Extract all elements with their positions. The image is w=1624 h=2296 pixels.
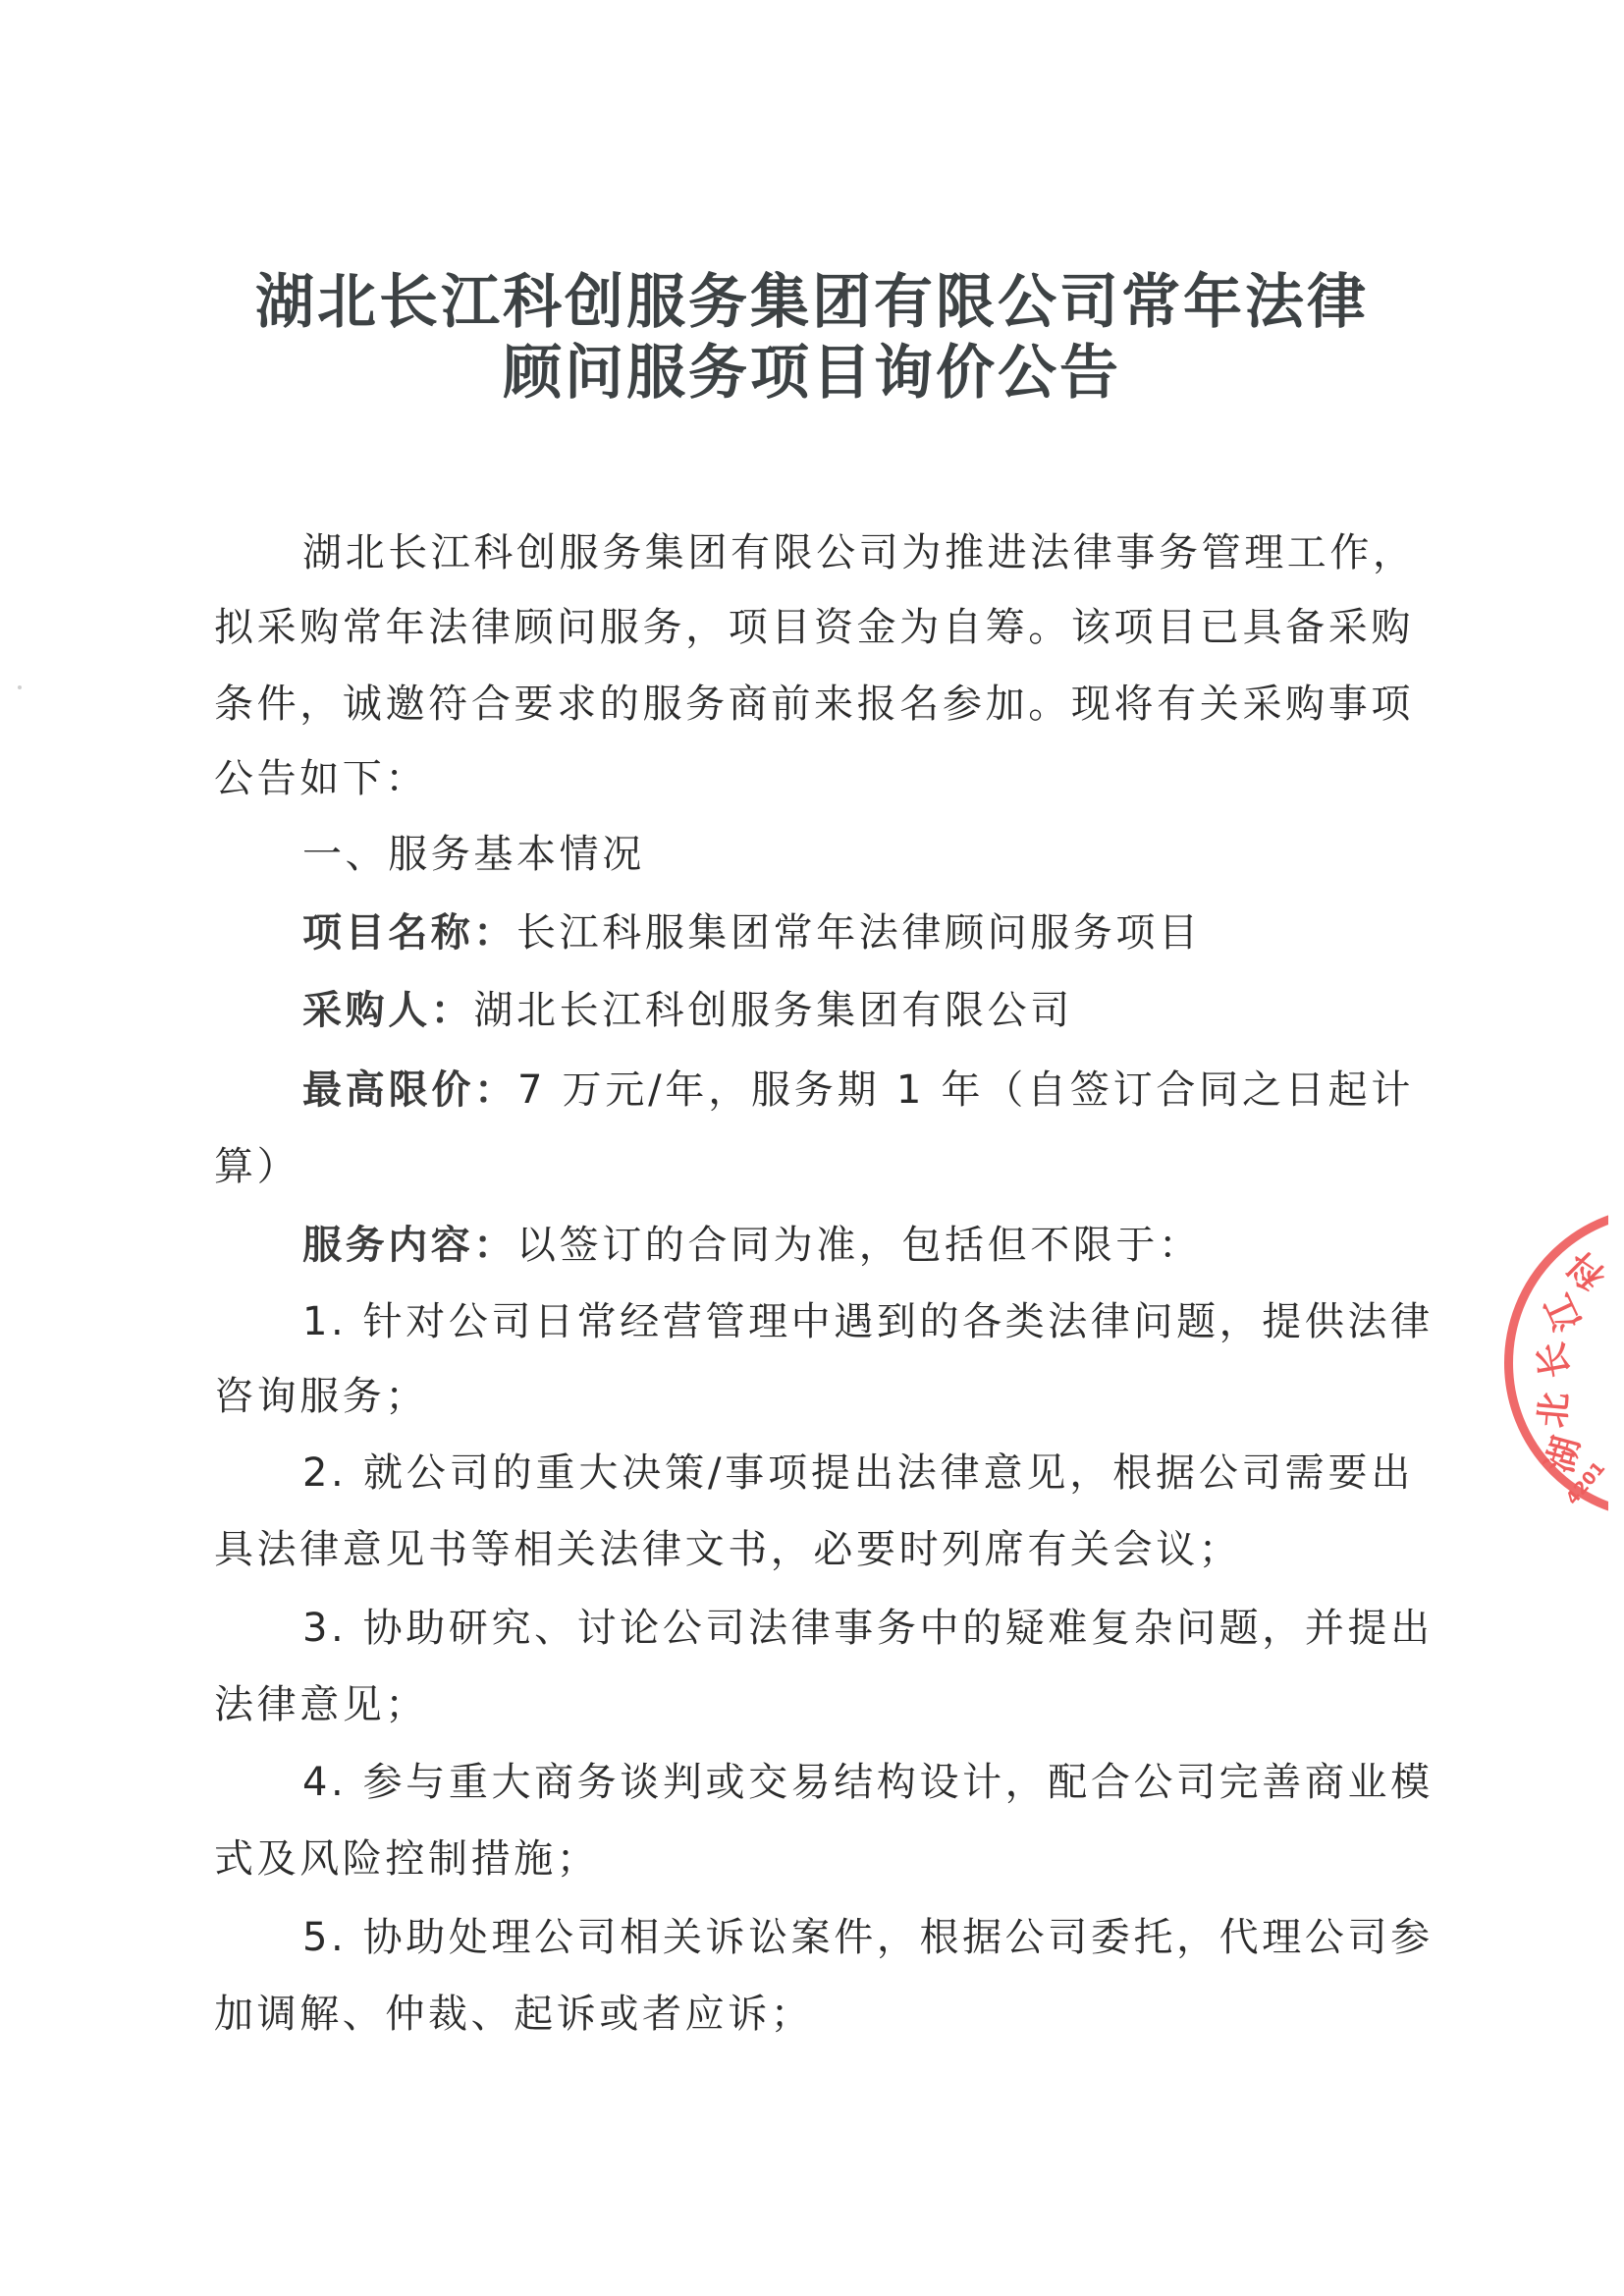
max-price-label: 最高限价： <box>302 1067 517 1113</box>
purchaser-row: 采购人：湖北长江科创服务集团有限公司 <box>302 983 1414 1038</box>
intro-line-3: 条件，诚邀符合要求的服务商前来报名参加。现将有关采购事项 <box>214 677 1414 732</box>
service-item-5-line1: 5. 协助处理公司相关诉讼案件，根据公司委托，代理公司参 <box>302 1910 1414 1965</box>
project-name-label: 项目名称： <box>302 910 516 956</box>
intro-line-4: 公告如下： <box>214 751 1414 806</box>
service-item-3-line1: 3. 协助研究、讨论公司法律事务中的疑难复杂问题，并提出 <box>302 1601 1414 1656</box>
service-content-row: 服务内容：以签订的合同为准，包括但不限于： <box>302 1218 1414 1273</box>
page-edge <box>1608 0 1624 2296</box>
service-item-1-line1: 1. 针对公司日常经营管理中遇到的各类法律问题，提供法律 <box>302 1294 1414 1349</box>
service-item-2-line2: 具法律意见书等相关法律文书，必要时列席有关会议； <box>214 1522 1414 1577</box>
purchaser-value: 湖北长江科创服务集团有限公司 <box>473 988 1072 1033</box>
project-name-value: 长江科服集团常年法律顾问服务项目 <box>516 910 1202 956</box>
scan-speck <box>18 685 22 689</box>
service-item-2-line1: 2. 就公司的重大决策/事项提出法律意见，根据公司需要出 <box>302 1446 1414 1501</box>
service-content-label: 服务内容： <box>302 1223 516 1268</box>
service-item-4-line2: 式及风险控制措施； <box>214 1831 1414 1886</box>
intro-line-1: 湖北长江科创服务集团有限公司为推进法律事务管理工作， <box>302 525 1414 580</box>
service-item-1-line2: 咨询服务； <box>214 1369 1414 1424</box>
section-heading: 一、服务基本情况 <box>302 827 1414 882</box>
title-line-1: 湖北长江科创服务集团有限公司常年法律 <box>0 267 1624 338</box>
document-page: 湖北长江科创服务集团有限公司常年法律 顾问服务项目询价公告 湖北长江科创服务集团… <box>0 0 1624 2296</box>
service-item-3-line2: 法律意见； <box>214 1677 1414 1732</box>
service-item-5-line2: 加调解、仲裁、起诉或者应诉； <box>214 1987 1414 2042</box>
max-price-row: 最高限价：7 万元/年，服务期 1 年（自签订合同之日起计 <box>302 1063 1414 1118</box>
purchaser-label: 采购人： <box>302 988 473 1033</box>
service-item-4-line1: 4. 参与重大商务谈判或交易结构设计，配合公司完善商业模 <box>302 1755 1414 1810</box>
max-price-value: 7 万元/年，服务期 1 年（自签订合同之日起计 <box>517 1067 1414 1113</box>
seal-text-char-2: 北 <box>1525 1390 1578 1429</box>
service-content-value: 以签订的合同为准，包括但不限于： <box>516 1223 1202 1268</box>
intro-line-2: 拟采购常年法律顾问服务，项目资金为自筹。该项目已具备采购 <box>214 600 1414 655</box>
project-name-row: 项目名称：长江科服集团常年法律顾问服务项目 <box>302 905 1414 960</box>
max-price-row-cont: 算） <box>214 1139 1414 1194</box>
title-line-2: 顾问服务项目询价公告 <box>0 338 1624 409</box>
